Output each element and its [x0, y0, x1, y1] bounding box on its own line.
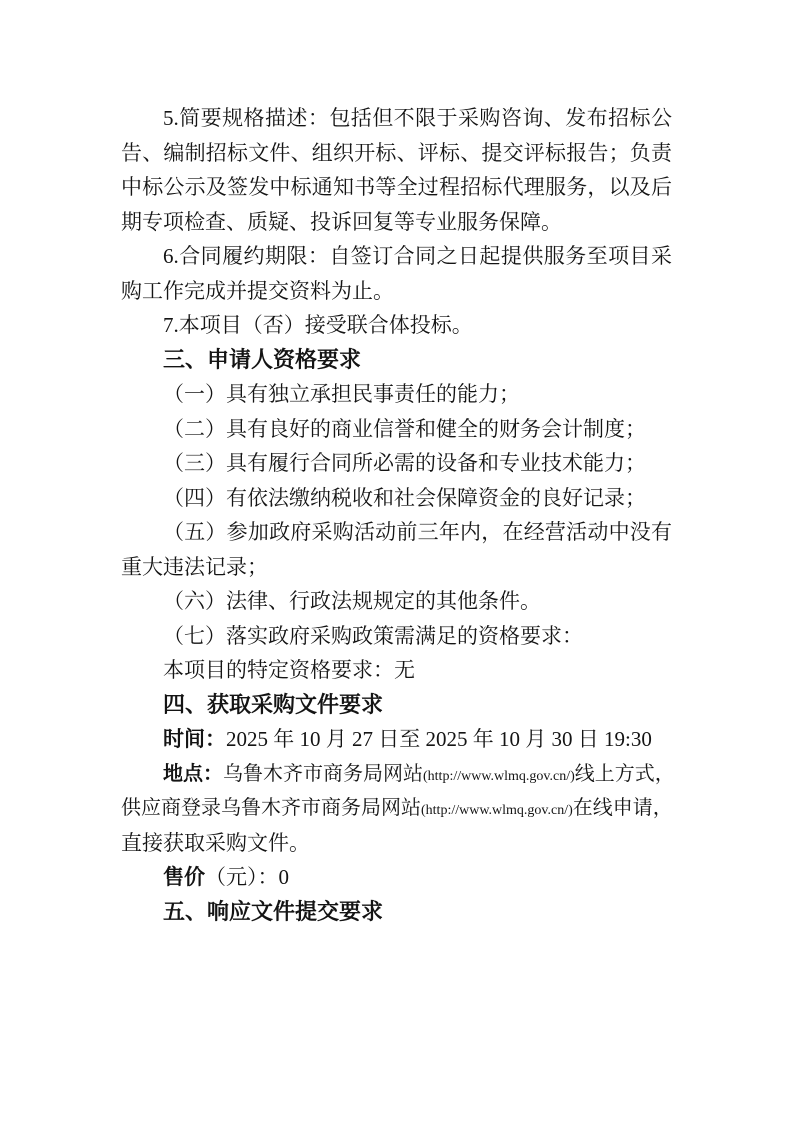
- brief-spec-line-1: 5.简要规格描述：包括但不限于采购咨询、发布招标公: [121, 101, 672, 136]
- qualification-item-1-seg-1: （一）具有独立承担民事责任的能力；: [163, 382, 520, 406]
- section-5-heading: 五、响应文件提交要求: [121, 895, 672, 930]
- consortium-bid-line-seg-2: 本项目（否）接受联合体投标。: [179, 313, 473, 337]
- specific-qualification-line-seg-1: 本项目的特定资格要求：无: [163, 658, 415, 682]
- document-page: 5.简要规格描述：包括但不限于采购咨询、发布招标公告、编制招标文件、组织开标、评…: [0, 0, 793, 1122]
- qualification-item-1: （一）具有独立承担民事责任的能力；: [121, 377, 672, 412]
- obtain-location-line-2-seg-3: 在线申请，: [573, 797, 673, 819]
- brief-spec-line-2: 告、编制招标文件、组织开标、评标、提交评标报告；负责: [121, 136, 672, 171]
- contract-term-line-1-seg-2: 合同履约期限：自签订合同之日起提供服务至项目采: [179, 244, 672, 268]
- contract-term-line-2-seg-1: 购工作完成并提交资料为止。: [121, 279, 394, 303]
- specific-qualification-line: 本项目的特定资格要求：无: [121, 653, 672, 688]
- brief-spec-line-4-seg-1: 期专项检查、质疑、投诉回复等专业服务保障。: [121, 210, 562, 234]
- contract-term-line-1-seg-1: 6.: [163, 244, 179, 268]
- qualification-item-7-seg-1: （七）落实政府采购政策需满足的资格要求：: [163, 624, 583, 648]
- qualification-item-2: （二）具有良好的商业信誉和健全的财务会计制度；: [121, 412, 672, 447]
- qualification-item-6-seg-1: （六）法律、行政法规规定的其他条件。: [163, 589, 541, 613]
- obtain-location-line-1-seg-4: 线上方式，: [575, 763, 675, 785]
- qualification-item-4: （四）有依法缴纳税收和社会保障资金的良好记录；: [121, 481, 672, 516]
- qualification-item-5-line-1-seg-1: （五）参加政府采购活动前三年内，在经营活动中没有: [163, 520, 672, 544]
- text-block: 5.简要规格描述：包括但不限于采购咨询、发布招标公告、编制招标文件、组织开标、评…: [121, 101, 672, 929]
- contract-term-line-2: 购工作完成并提交资料为止。: [121, 274, 672, 309]
- section-4-heading: 四、获取采购文件要求: [121, 688, 672, 723]
- section-4-heading-seg-1: 四、获取采购文件要求: [163, 692, 383, 717]
- qualification-item-4-seg-1: （四）有依法缴纳税收和社会保障资金的良好记录；: [163, 486, 646, 510]
- consortium-bid-line-seg-1: 7.: [163, 313, 179, 337]
- brief-spec-line-3-seg-1: 中标公示及签发中标通知书等全过程招标代理服务，以及后: [121, 175, 672, 199]
- qualification-item-3: （三）具有履行合同所必需的设备和专业技术能力；: [121, 446, 672, 481]
- obtain-location-line-2: 供应商登录乌鲁木齐市商务局网站(http://www.wlmq.gov.cn/)…: [121, 791, 672, 826]
- brief-spec-line-1-seg-2: 简要规格描述：包括但不限于采购咨询、发布招标公: [179, 106, 672, 130]
- qualification-item-5-line-1: （五）参加政府采购活动前三年内，在经营活动中没有: [121, 515, 672, 550]
- obtain-location-line-2-seg-2: (http://www.wlmq.gov.cn/): [421, 803, 573, 818]
- qualification-item-2-seg-1: （二）具有良好的商业信誉和健全的财务会计制度；: [163, 417, 646, 441]
- obtain-location-line-1-seg-1: 地点：: [163, 763, 223, 785]
- obtain-location-line-3-seg-1: 直接获取采购文件。: [121, 831, 310, 855]
- brief-spec-line-3: 中标公示及签发中标通知书等全过程招标代理服务，以及后: [121, 170, 672, 205]
- qualification-item-5-line-2: 重大违法记录；: [121, 550, 672, 585]
- brief-spec-line-2-seg-1: 告、编制招标文件、组织开标、评标、提交评标报告；负责: [121, 141, 672, 165]
- price-line-seg-2: （元）：0: [205, 865, 289, 889]
- section-5-heading-seg-1: 五、响应文件提交要求: [163, 899, 383, 924]
- price-line: 售价（元）：0: [121, 860, 672, 895]
- obtain-location-line-1: 地点：乌鲁木齐市商务局网站(http://www.wlmq.gov.cn/)线上…: [121, 757, 672, 792]
- qualification-item-7: （七）落实政府采购政策需满足的资格要求：: [121, 619, 672, 654]
- consortium-bid-line: 7.本项目（否）接受联合体投标。: [121, 308, 672, 343]
- obtain-time-line-seg-2: 2025 年 10 月 27 日至 2025 年 10 月 30 日 19:30: [226, 727, 652, 751]
- obtain-time-line-seg-1: 时间：: [163, 728, 226, 751]
- obtain-location-line-1-seg-2: 乌鲁木齐市商务局网站: [223, 763, 423, 785]
- section-3-heading-seg-1: 三、申请人资格要求: [163, 347, 361, 372]
- obtain-time-line: 时间：2025 年 10 月 27 日至 2025 年 10 月 30 日 19…: [121, 722, 672, 757]
- contract-term-line-1: 6.合同履约期限：自签订合同之日起提供服务至项目采: [121, 239, 672, 274]
- obtain-location-line-3: 直接获取采购文件。: [121, 826, 672, 861]
- brief-spec-line-4: 期专项检查、质疑、投诉回复等专业服务保障。: [121, 205, 672, 240]
- qualification-item-5-line-2-seg-1: 重大违法记录；: [121, 555, 268, 579]
- price-line-seg-1: 售价: [163, 866, 205, 889]
- section-3-heading: 三、申请人资格要求: [121, 343, 672, 378]
- obtain-location-line-2-seg-1: 供应商登录乌鲁木齐市商务局网站: [121, 797, 421, 819]
- qualification-item-6: （六）法律、行政法规规定的其他条件。: [121, 584, 672, 619]
- brief-spec-line-1-seg-1: 5.: [163, 106, 179, 130]
- obtain-location-line-1-seg-3: (http://www.wlmq.gov.cn/): [423, 769, 575, 784]
- qualification-item-3-seg-1: （三）具有履行合同所必需的设备和专业技术能力；: [163, 451, 646, 475]
